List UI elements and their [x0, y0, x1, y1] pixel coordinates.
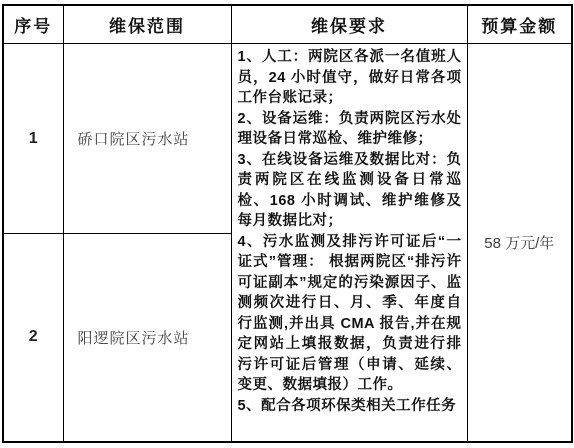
requirement-item-4: 4、污水监测及排污许可证后“一证式”管理： 根据两院区“排污许可证副本”规定的污… [238, 232, 462, 396]
seq-cell-2: 2 [3, 234, 63, 442]
header-budget: 预算金额 [467, 5, 572, 44]
header-scope: 维保范围 [63, 5, 231, 44]
seq-cell-1: 1 [3, 44, 63, 234]
requirement-item-2: 2、设备运维：负责两院区污水处理设备日常巡检、维护维修； [238, 109, 462, 150]
requirement-item-5: 5、配合各项环保类相关工作任务 [238, 396, 462, 417]
requirement-item-1: 1、人工：两院区各派一名值班人员，24 小时值守，做好日常各项工作台账记录； [238, 47, 462, 109]
table-header-row: 序号 维保范围 维保要求 预算金额 [3, 5, 572, 44]
scope-cell-1: 硚口院区污水站 [63, 44, 231, 234]
header-seq: 序号 [3, 5, 63, 44]
requirement-item-3: 3、在线设备运维及数据比对：负责两院区在线监测设备日常巡检、168 小时调试、维… [238, 150, 462, 232]
scope-cell-2: 阳逻院区污水站 [63, 234, 231, 442]
budget-cell: 58 万元/年 [467, 44, 572, 442]
header-requirements: 维保要求 [231, 5, 467, 44]
requirements-cell: 1、人工：两院区各派一名值班人员，24 小时值守，做好日常各项工作台账记录； 2… [231, 44, 467, 442]
maintenance-table: 序号 维保范围 维保要求 预算金额 1 硚口院区污水站 1、人工：两院区各派一名… [2, 4, 573, 443]
document-page: { "table": { "headers": { "seq": "序号", "… [0, 0, 574, 448]
table-row: 1 硚口院区污水站 1、人工：两院区各派一名值班人员，24 小时值守，做好日常各… [3, 44, 572, 234]
